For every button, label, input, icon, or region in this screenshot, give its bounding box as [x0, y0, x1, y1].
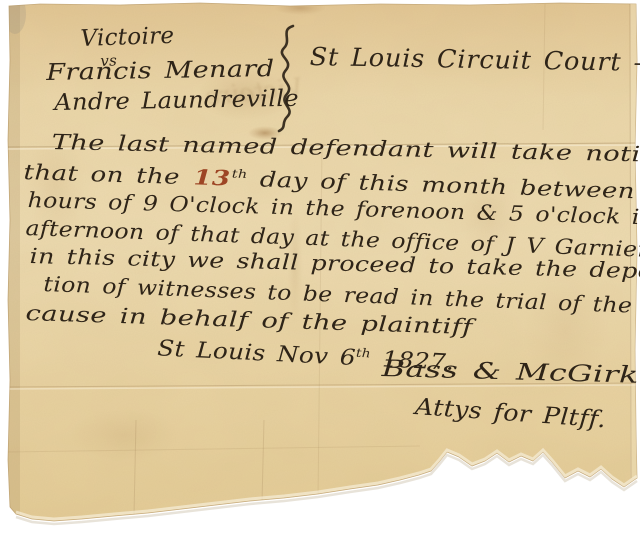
stain-top-center: [274, 1, 326, 15]
ink-stain: [248, 126, 282, 140]
stain-bottom-left: [70, 409, 180, 461]
aged-paper-sheet: [0, 0, 640, 547]
left-edge-shading: [8, 0, 20, 547]
stain-mid-vertical-fold: [287, 205, 303, 325]
stain-mid-right: [458, 171, 522, 259]
stain-lower-right: [523, 268, 607, 392]
scanned-document-page: Victoire Victoire vs Francis Menard Andr…: [0, 0, 640, 547]
stain-bleed-area: [197, 69, 293, 121]
